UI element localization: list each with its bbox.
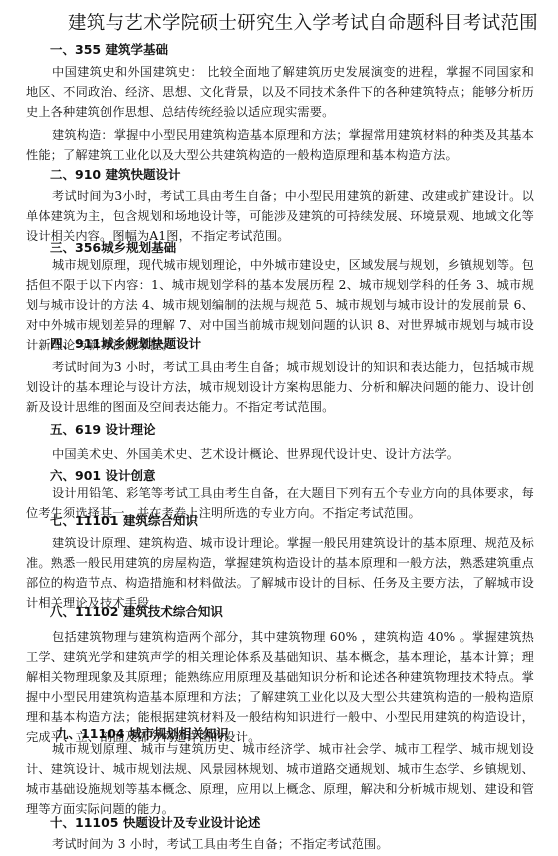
document-page: 建筑与艺术学院硕士研究生入学考试自命题科目考试范围 一、355 建筑学基础 中国… <box>0 0 558 856</box>
section-heading-7: 七、11101 建筑综合知识 <box>50 511 198 529</box>
section-heading-2: 二、910 建筑快题设计 <box>50 165 180 183</box>
section-heading-10: 十、11105 快题设计及专业设计论述 <box>50 813 260 831</box>
section-heading-5: 五、619 设计理论 <box>50 420 155 438</box>
section-10-paragraph-1: 考试时间为 3 小时，考试工具由考生自备；不指定考试范围。 <box>26 834 534 854</box>
document-title: 建筑与艺术学院硕士研究生入学考试自命题科目考试范围 <box>0 9 558 35</box>
section-heading-3: 三、356城乡规划基础 <box>50 238 176 256</box>
section-9-paragraph-1: 城市规划原理、城市与建筑历史、城市经济学、城市社会学、城市工程学、城市规划设计、… <box>26 739 534 819</box>
section-2-paragraph-1: 考试时间为3小时，考试工具由考生自备；中小型民用建筑的新建、改建或扩建设计。以单… <box>26 186 534 246</box>
section-heading-1: 一、355 建筑学基础 <box>50 40 168 58</box>
section-1-paragraph-1: 中国建筑史和外国建筑史： 比较全面地了解建筑历史发展演变的进程，掌握不同国家和地… <box>26 62 534 122</box>
section-heading-4: 四、911城乡规划快题设计 <box>50 334 201 352</box>
section-heading-6: 六、901 设计创意 <box>50 466 155 484</box>
section-7-paragraph-1: 建筑设计原理、建筑构造、城市设计理论。掌握一般民用建筑设计的基本原理、规范及标准… <box>26 533 534 613</box>
section-heading-8: 八、11102 建筑技术综合知识 <box>50 602 223 620</box>
section-4-paragraph-1: 考试时间为3 小时，考试工具由考生自备；城市规划设计的知识和表达能力，包括城市规… <box>26 357 534 417</box>
section-5-paragraph-1: 中国美术史、外国美术史、艺术设计概论、世界现代设计史、设计方法学。 <box>26 444 534 464</box>
section-1-paragraph-2: 建筑构造：掌握中小型民用建筑构造基本原理和方法；掌握常用建筑材料的种类及其基本性… <box>26 125 534 165</box>
